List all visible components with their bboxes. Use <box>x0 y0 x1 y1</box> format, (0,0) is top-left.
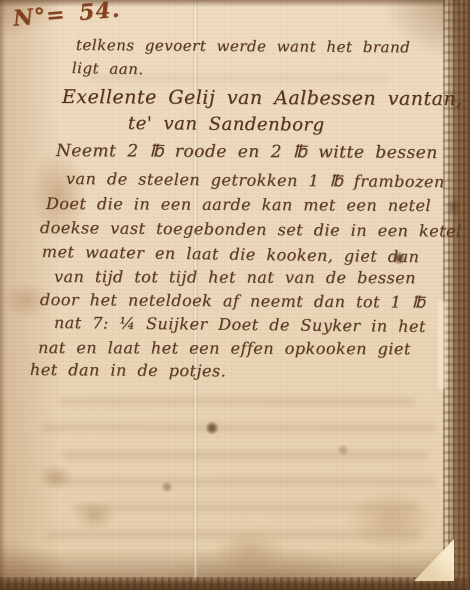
ink-showthrough <box>62 451 427 459</box>
recipe-line: nat 7: ¼ Suijker Doet de Suyker in het <box>54 313 426 336</box>
recipe-line: nat en laat het een effen opkooken giet <box>38 338 411 358</box>
page-number: N°= 54. <box>12 0 121 32</box>
page-edge-bottom <box>0 577 470 590</box>
recipe-line: het dan in de potjes. <box>30 360 226 380</box>
page-edge-left <box>0 0 6 590</box>
recipe-line: Neemt 2 ℔ roode en 2 ℔ witte bessen <box>56 141 438 163</box>
ink-showthrough <box>42 424 437 431</box>
intro-line: ligt aan. <box>72 59 144 78</box>
page-curl-highlight <box>438 300 446 390</box>
recipe-line: door het neteldoek af neemt dan tot 1 ℔ <box>40 290 426 312</box>
recipe-title-line: te' van Sandenborg <box>128 113 325 136</box>
recipe-line: doekse vast toegebonden set die in een k… <box>40 218 462 241</box>
recipe-line: met waater en laat die kooken, giet dan <box>42 242 420 266</box>
ink-showthrough <box>72 504 417 511</box>
intro-line: telkens gevoert werde want het brand <box>76 36 410 56</box>
recipe-line: van de steelen getrokken 1 ℔ frambozen <box>66 169 445 191</box>
ink-showthrough <box>46 531 421 538</box>
recipe-line: Doet die in een aarde kan met een netel <box>46 194 431 215</box>
recipe-title-line: Exellente Gelij van Aalbessen vantan, <box>62 86 463 110</box>
ink-showthrough <box>60 398 415 405</box>
recipe-line: van tijd tot tijd het nat van de bessen <box>54 267 416 287</box>
manuscript-page: N°= 54. telkens gevoert werde want het b… <box>0 0 470 590</box>
ink-showthrough <box>50 478 435 485</box>
